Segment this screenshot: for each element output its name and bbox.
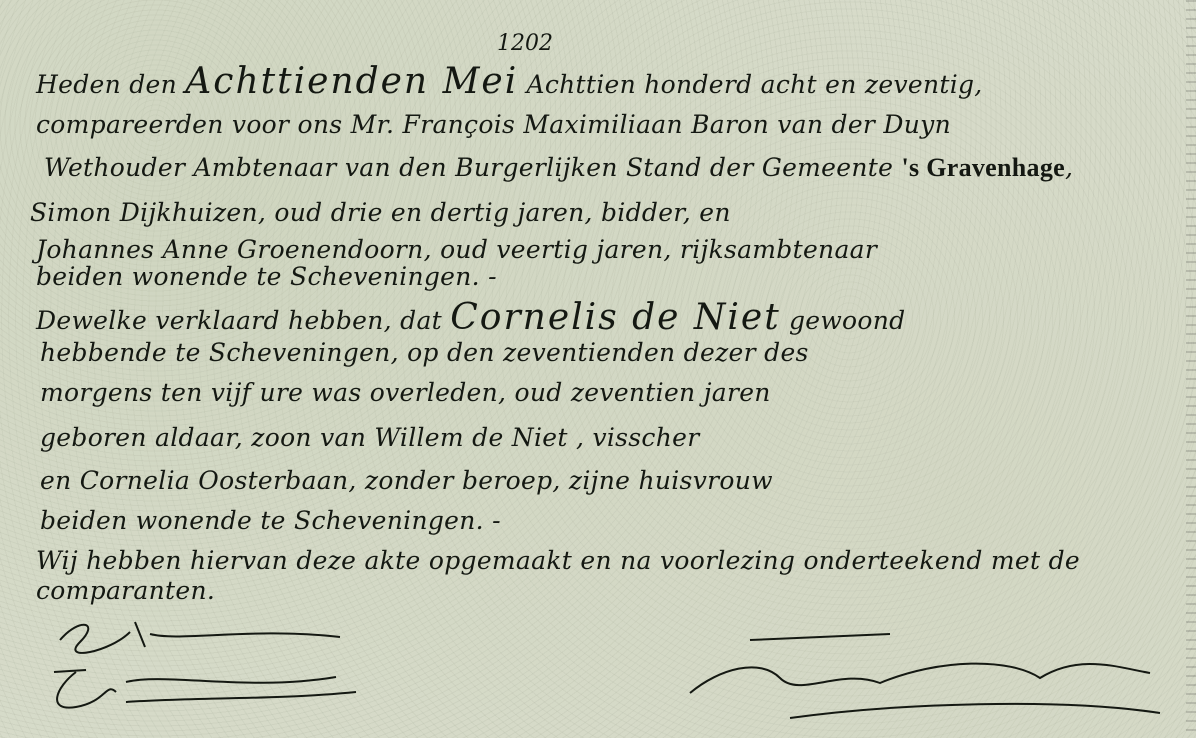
text-line-5: Johannes Anne Groenendoorn, oud veertig …	[36, 237, 877, 262]
signature-official	[680, 628, 1180, 728]
signature-stroke	[46, 662, 366, 732]
text-line-9: morgens ten vijf ure was overleden, oud …	[40, 380, 771, 405]
text-line-4: Simon Dijkhuizen, oud drie en dertig jar…	[30, 200, 731, 225]
date-month: Mei	[429, 61, 518, 102]
text-line-12: beiden wonende te Scheveningen. -	[40, 508, 501, 533]
text-line-1: Heden den Achttienden Mei Achttien honde…	[36, 64, 983, 100]
text-line-3: Wethouder Ambtenaar van den Burgerlijken…	[44, 155, 1073, 181]
signature-witness-2	[46, 662, 366, 732]
signature-stroke	[50, 612, 370, 662]
signature-witness-1	[50, 612, 370, 662]
text-line-10: geboren aldaar, zoon van Willem de Niet …	[40, 425, 699, 450]
page-edge	[1186, 0, 1196, 738]
text-fragment: gewoond	[781, 306, 906, 335]
municipality-name: 's Gravenhage	[901, 153, 1065, 182]
text-line-14: comparanten.	[36, 578, 215, 603]
text-fragment: Heden den	[36, 70, 185, 99]
text-line-6: beiden wonende te Scheveningen. -	[36, 264, 497, 289]
deceased-name: Cornelis de Niet	[450, 297, 780, 338]
text-line-11: en Cornelia Oosterbaan, zonder beroep, z…	[40, 468, 773, 493]
text-line-2: compareerden voor ons Mr. François Maxim…	[36, 112, 951, 137]
text-fragment: Dewelke verklaard hebben, dat	[36, 306, 450, 335]
signature-stroke	[680, 628, 1180, 728]
text-fragment: ,	[1065, 153, 1073, 182]
record-number: 1202	[497, 31, 553, 56]
text-line-13: Wij hebben hiervan deze akte opgemaakt e…	[36, 548, 1080, 573]
text-fragment: Wethouder Ambtenaar van den Burgerlijken…	[44, 153, 901, 182]
text-line-8: hebbende te Scheveningen, op den zeventi…	[40, 340, 809, 365]
date-day: Achttienden	[185, 61, 429, 102]
text-line-7: Dewelke verklaard hebben, dat Cornelis d…	[36, 300, 905, 336]
date-year: Achttien honderd acht en zeventig,	[518, 70, 982, 99]
